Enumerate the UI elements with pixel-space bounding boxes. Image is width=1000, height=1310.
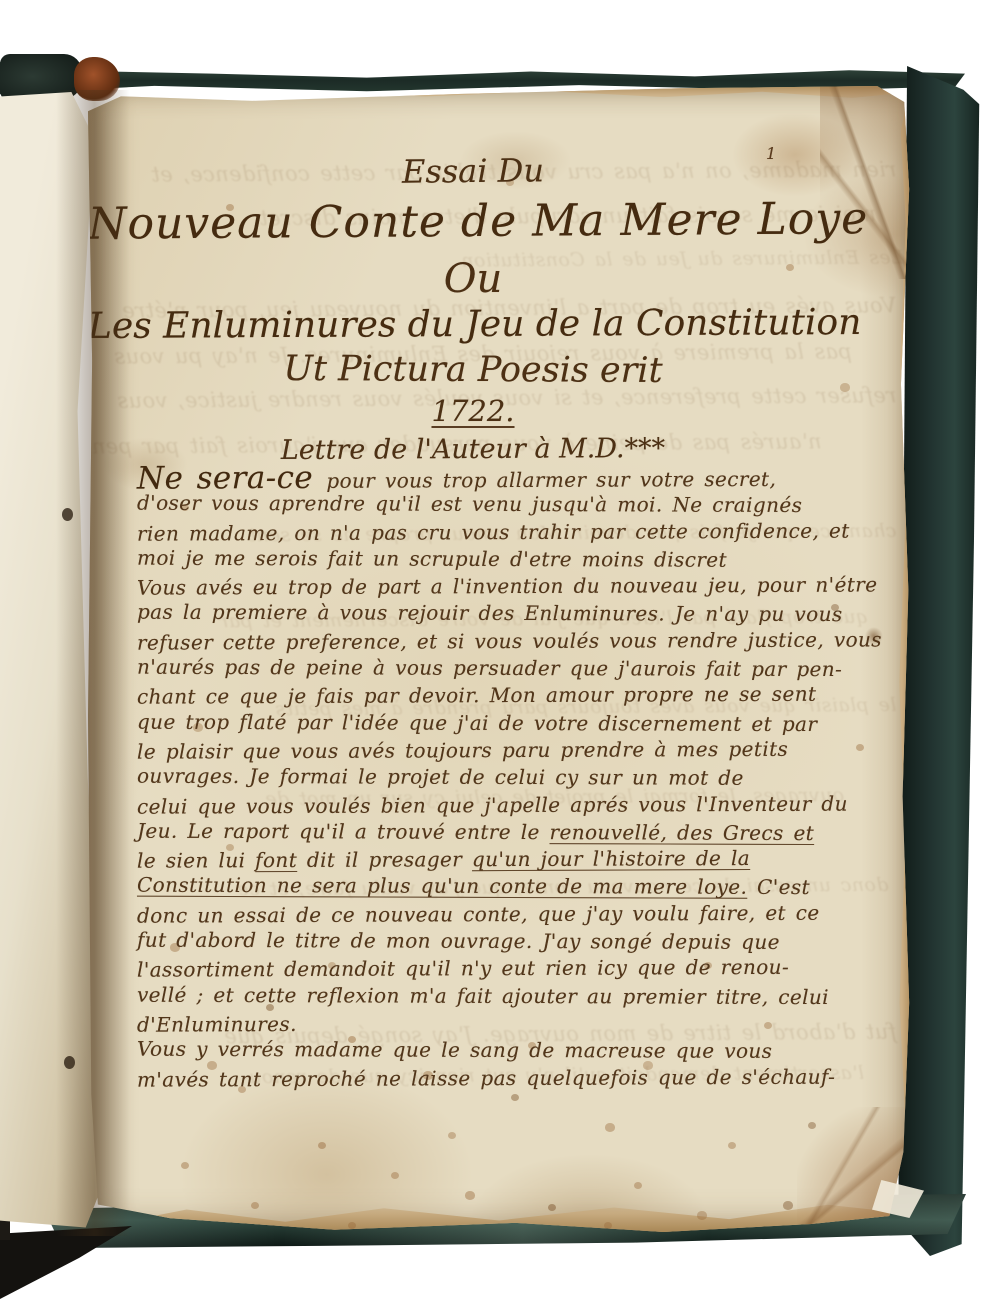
sewing-station-mark <box>64 1056 75 1069</box>
title-line-subtitle: Les Enluminures du Jeu de la Constitutio… <box>88 302 858 352</box>
cover-damage-spot <box>74 57 120 101</box>
manuscript-line: l'assortiment demandoit qu'il n'y eut ri… <box>137 954 899 985</box>
title-line-ou: Ou <box>88 256 858 304</box>
manuscript-text-segment: Jeu. Le raport qu'il a trouvé entre le <box>137 819 550 844</box>
manuscript-line: Constitution ne sera plus qu'un conte de… <box>137 872 899 902</box>
manuscript-line: Vous y verrés madame que le sang de macr… <box>137 1036 899 1066</box>
manuscript-line: chant ce que je fais par devoir. Mon amo… <box>137 681 899 712</box>
manuscript-text-segment: d'Enluminures. <box>137 1012 297 1037</box>
left-endpaper <box>0 92 102 1232</box>
manuscript-line: d'Enluminures. <box>137 1008 899 1039</box>
manuscript-line: Ne sera-ce pour vous trop allarmer sur v… <box>137 462 899 493</box>
manuscript-line: donc un essai de ce nouveau conte, que j… <box>137 899 899 930</box>
manuscript-text-segment: Vous avés eu trop de part a l'invention … <box>137 573 878 600</box>
manuscript-text-segment: pas la premiere à vous rejouir des Enlum… <box>137 600 843 626</box>
manuscript-line: vellé ; et cette reflexion m'a fait ajou… <box>137 981 899 1011</box>
manuscript-text-segment: le sien lui <box>137 848 255 873</box>
title-line-main: Nouveau Conte de Ma Mere Loye <box>88 193 858 258</box>
manuscript-text-segment: qu'un jour l'histoire de la <box>472 846 750 871</box>
manuscript-line: fut d'abord le titre de mon ouvrage. J'a… <box>137 927 899 957</box>
manuscript-line: le sien lui font dit il presager qu'un j… <box>137 844 899 875</box>
manuscript-text-segment: d'oser vous aprendre qu'il est venu jusq… <box>137 491 802 517</box>
manuscript-line: que trop flaté par l'idée que j'ai de vo… <box>137 708 899 738</box>
deckle-edge-top <box>88 86 910 101</box>
manuscript-text-segment: pour vous trop allarmer sur votre secret… <box>326 467 776 493</box>
manuscript-text-segment: donc un essai de ce nouveau conte, que j… <box>137 900 820 927</box>
year-underlined: 1722. <box>431 394 514 428</box>
manuscript-text-segment: font <box>255 848 297 872</box>
manuscript-text-segment: celui que vous voulés bien que j'apelle … <box>137 791 848 818</box>
manuscript-text-segment: l'assortiment demandoit qu'il n'y eut ri… <box>137 955 789 982</box>
manuscript-text-segment: ouvrages. Je formai le projet de celui c… <box>137 764 744 790</box>
manuscript-line: moi je me serois fait un scrupule d'etre… <box>137 545 899 575</box>
photo-background: rien madame, on n'a pas cru vous trahir … <box>0 0 1000 1310</box>
manuscript-text-segment: n'aurés pas de peine à vous persuader qu… <box>137 655 842 681</box>
manuscript-text-segment: que trop flaté par l'idée que j'ai de vo… <box>137 709 817 735</box>
manuscript-text-segment: le plaisir que vous avés toujours paru p… <box>137 737 788 764</box>
manuscript-text-segment: vellé ; et cette reflexion m'a fait ajou… <box>137 982 829 1008</box>
manuscript-text-segment: fut d'abord le titre de mon ouvrage. J'a… <box>137 928 780 954</box>
manuscript-page: rien madame, on n'a pas cru vous trahir … <box>88 86 910 1232</box>
title-line-essai: Essai Du <box>88 148 858 200</box>
title-line-latin-motto: Ut Pictura Poesis erit <box>88 348 858 396</box>
manuscript-text-segment: rien madame, on n'a pas cru vous trahir … <box>137 518 850 545</box>
manuscript-text-segment: C'est <box>747 875 810 899</box>
manuscript-line: n'aurés pas de peine à vous persuader qu… <box>137 654 899 684</box>
manuscript-line: ouvrages. Je formai le projet de celui c… <box>137 763 899 793</box>
manuscript-text-segment: Constitution ne sera plus qu'un conte de… <box>137 873 747 899</box>
manuscript-line: le plaisir que vous avés toujours paru p… <box>137 735 899 766</box>
manuscript-text-segment: dit il presager <box>297 847 472 872</box>
manuscript-text-segment: refuser cette preference, et si vous vou… <box>137 627 882 654</box>
manuscript-line: rien madame, on n'a pas cru vous trahir … <box>137 517 899 548</box>
manuscript-line: refuser cette preference, et si vous vou… <box>137 626 899 657</box>
title-block: Essai Du Nouveau Conte de Ma Mere Loye O… <box>88 152 910 474</box>
manuscript-line: m'avés tant reproché ne laisse pas quelq… <box>137 1063 899 1094</box>
manuscript-line: celui que vous voulés bien que j'apelle … <box>137 790 899 821</box>
manuscript-text-segment: Vous y verrés madame que le sang de macr… <box>137 1037 772 1063</box>
manuscript-line: pas la premiere à vous rejouir des Enlum… <box>137 599 899 629</box>
manuscript-line: Vous avés eu trop de part a l'invention … <box>137 572 899 603</box>
manuscript-text-segment: chant ce que je fais par devoir. Mon amo… <box>137 682 816 709</box>
manuscript-body: Ne sera-ce pour vous trop allarmer sur v… <box>137 464 899 1092</box>
title-line-year: 1722. <box>88 394 858 434</box>
manuscript-line: d'oser vous aprendre qu'il est venu jusq… <box>137 490 899 520</box>
manuscript-text-segment: m'avés tant reproché ne laisse pas quelq… <box>137 1064 835 1091</box>
manuscript-line: Jeu. Le raport qu'il a trouvé entre le r… <box>137 818 899 848</box>
manuscript-text-segment: renouvellé, des Grecs et <box>549 820 814 845</box>
manuscript-text-segment: moi je me serois fait un scrupule d'etre… <box>137 546 727 572</box>
book-cover-bottom-left-corner <box>0 1226 132 1302</box>
sewing-station-mark <box>62 508 73 521</box>
